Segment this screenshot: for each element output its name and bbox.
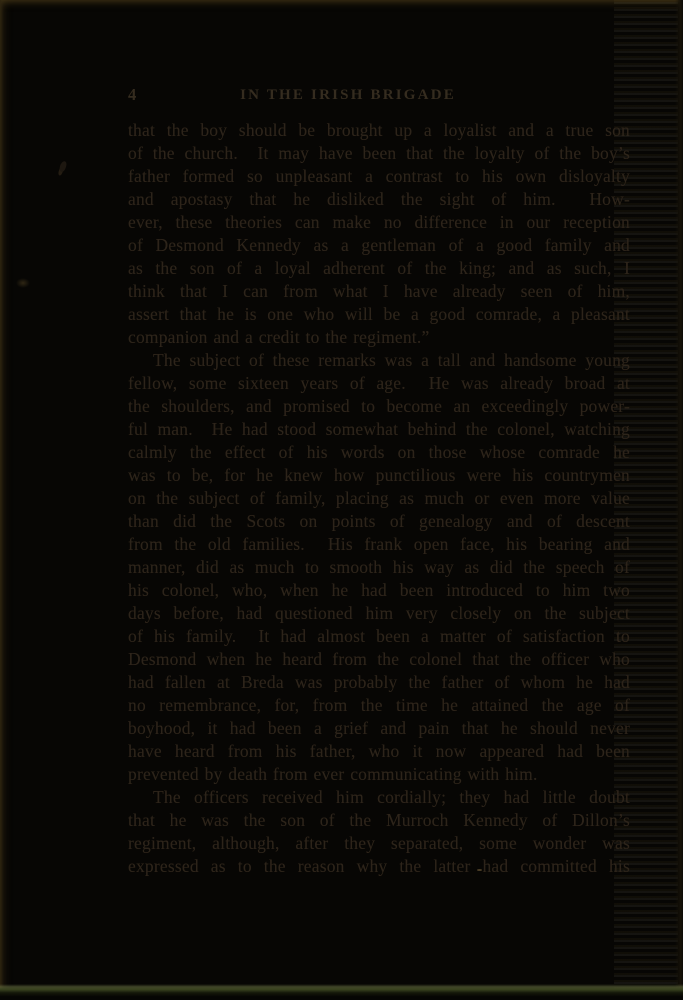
paper-smudge (16, 278, 30, 288)
book-scan: 4 IN THE IRISH BRIGADE that the boy shou… (0, 0, 683, 1000)
running-head: IN THE IRISH BRIGADE (240, 87, 456, 104)
ink-speck-small (477, 869, 482, 871)
text-line: fellow, some sixteen years of age. He wa… (128, 372, 630, 395)
text-line: days before, had questioned him very clo… (128, 602, 630, 625)
text-line: of Desmond Kennedy as a gentleman of a g… (128, 234, 630, 257)
text-line: ever, these theories can make no differe… (128, 211, 630, 234)
text-line: companion and a credit to the regiment.” (128, 326, 630, 349)
page-header: 4 IN THE IRISH BRIGADE (0, 85, 683, 107)
text-line: that the boy should be brought up a loya… (128, 119, 630, 142)
text-block: that the boy should be brought up a loya… (128, 119, 630, 878)
text-line: ful man. He had stood somewhat behind th… (128, 418, 630, 441)
text-line: boyhood, it had been a grief and pain th… (128, 717, 630, 740)
text-line: prevented by death from ever communicati… (128, 763, 630, 786)
scan-right-edge (675, 0, 683, 992)
text-line: no remembrance, for, from the time he at… (128, 694, 630, 717)
paragraph: The subject of these remarks was a tall … (128, 349, 630, 786)
text-line: was to be, for he knew how punctilious w… (128, 464, 630, 487)
text-line: and apostasy that he disliked the sight … (128, 188, 630, 211)
text-line: that he was the son of the Murroch Kenne… (128, 809, 630, 832)
ink-speck (59, 160, 67, 172)
text-line: the shoulders, and promised to become an… (128, 395, 630, 418)
text-line: have heard from his father, who it now a… (128, 740, 630, 763)
page-number: 4 (128, 85, 137, 105)
text-line: as the son of a loyal adherent of the ki… (128, 257, 630, 280)
text-line: from the old families. His frank open fa… (128, 533, 630, 556)
text-line: of his family. It had almost been a matt… (128, 625, 630, 648)
text-line: of the church. It may have been that the… (128, 142, 630, 165)
text-line: The officers received him cordially; the… (128, 786, 630, 809)
text-line: think that I can from what I have alread… (128, 280, 630, 303)
text-line: than did the Scots on points of genealog… (128, 510, 630, 533)
text-line: assert that he is one who will be a good… (128, 303, 630, 326)
text-line: had fallen at Breda was probably the fat… (128, 671, 630, 694)
book-page: 4 IN THE IRISH BRIGADE that the boy shou… (0, 0, 683, 992)
scan-bottom-band (0, 984, 683, 1000)
paragraph: The officers received him cordially; the… (128, 786, 630, 878)
text-line: manner, did as much to smooth his way as… (128, 556, 630, 579)
text-line: on the subject of family, placing as muc… (128, 487, 630, 510)
text-line: Desmond when he heard from the colonel t… (128, 648, 630, 671)
text-line: father formed so unpleasant a contrast t… (128, 165, 630, 188)
text-line: his colonel, who, when he had been intro… (128, 579, 630, 602)
text-line: expressed as to the reason why the latte… (128, 855, 630, 878)
scan-left-edge (0, 0, 4, 992)
text-line: calmly the effect of his words on those … (128, 441, 630, 464)
text-line: The subject of these remarks was a tall … (128, 349, 630, 372)
text-line: regiment, although, after they separated… (128, 832, 630, 855)
paragraph: that the boy should be brought up a loya… (128, 119, 630, 349)
